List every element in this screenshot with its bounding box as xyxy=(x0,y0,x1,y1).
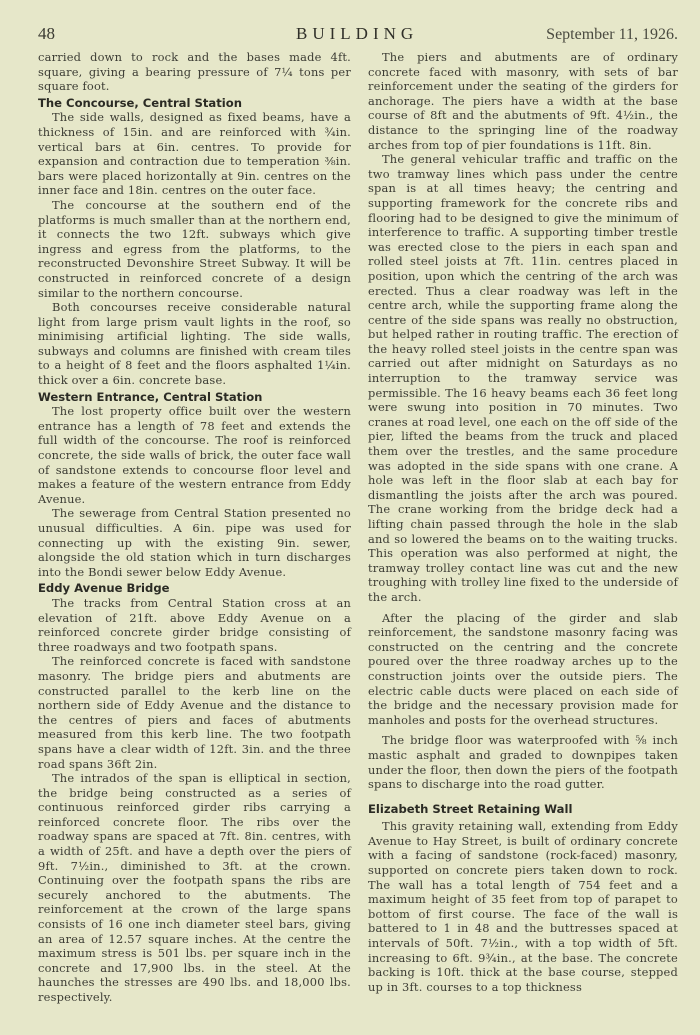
issue-date: September 11, 1926. xyxy=(546,26,678,44)
paragraph: The general vehicular traffic and traffi… xyxy=(368,152,678,604)
section-heading-western-entrance: Western Entrance, Central Station xyxy=(38,390,351,405)
paragraph: The side walls, designed as fixed beams,… xyxy=(38,110,351,198)
right-column: The piers and abutments are of ordinary … xyxy=(368,50,678,994)
paragraph: The bridge floor was waterproofed with ⅝… xyxy=(368,733,678,791)
section-heading-elizabeth-street-wall: Elizabeth Street Retaining Wall xyxy=(368,802,678,817)
paragraph: The lost property office built over the … xyxy=(38,404,351,506)
paragraph: The reinforced concrete is faced with sa… xyxy=(38,654,351,771)
section-heading-eddy-avenue-bridge: Eddy Avenue Bridge xyxy=(38,581,351,596)
paragraph: The concourse at the southern end of the… xyxy=(38,198,351,300)
paragraph: The piers and abutments are of ordinary … xyxy=(368,50,678,152)
magazine-title: BUILDING xyxy=(296,24,418,44)
page-number: 48 xyxy=(38,24,55,44)
page-header: 48 BUILDING September 11, 1926. xyxy=(38,22,678,48)
section-heading-concourse: The Concourse, Central Station xyxy=(38,96,351,111)
paragraph: This gravity retaining wall, extending f… xyxy=(368,819,678,994)
paragraph: The sewerage from Central Station presen… xyxy=(38,506,351,579)
left-column: carried down to rock and the bases made … xyxy=(38,50,351,1005)
paragraph: After the placing of the girder and slab… xyxy=(368,611,678,728)
paragraph: carried down to rock and the bases made … xyxy=(38,50,351,94)
paragraph: The tracks from Central Station cross at… xyxy=(38,596,351,654)
paragraph: The intrados of the span is elliptical i… xyxy=(38,771,351,1005)
paragraph: Both concourses receive considerable nat… xyxy=(38,300,351,388)
